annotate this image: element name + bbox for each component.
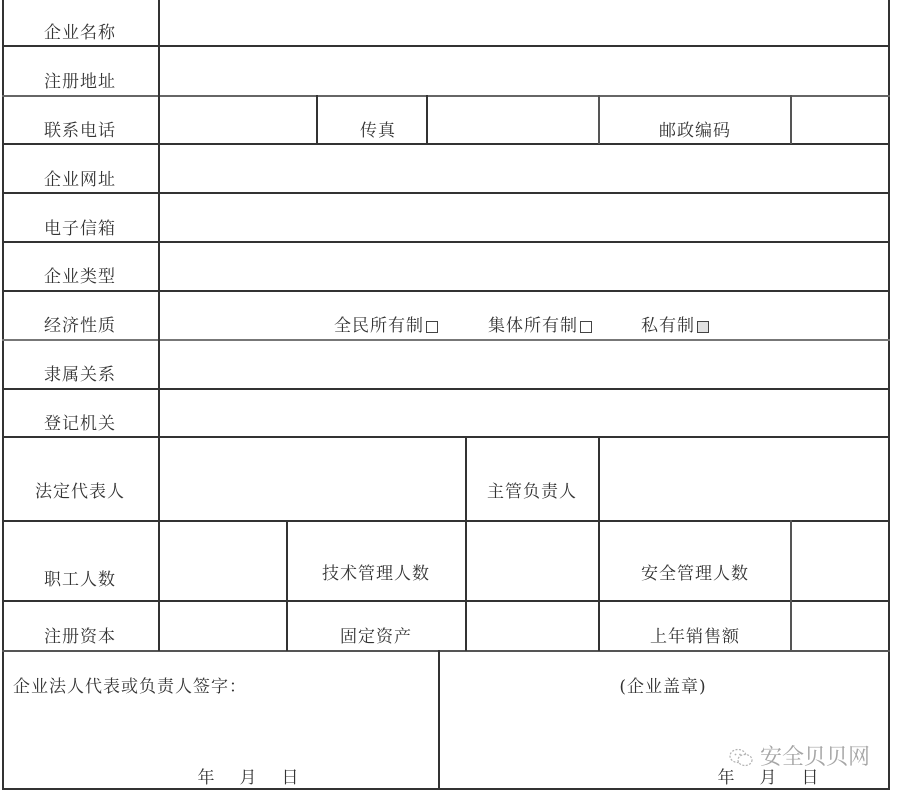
label-employee-count: 职工人数: [44, 565, 116, 590]
signature-label: 企业法人代表或负责人签字：: [13, 672, 247, 697]
label-safety-mgmt-count: 安全管理人数: [641, 559, 749, 584]
wechat-icon: [728, 747, 754, 769]
email-field[interactable]: [160, 194, 888, 241]
label-registration-authority: 登记机关: [44, 409, 116, 434]
last-year-sales-field[interactable]: [792, 602, 888, 650]
company-name-field[interactable]: [160, 0, 888, 45]
option-collective[interactable]: 集体所有制: [488, 311, 592, 336]
label-affiliation: 隶属关系: [44, 360, 116, 385]
col-divider: [598, 95, 600, 144]
label-fax: 传真: [360, 116, 396, 141]
option-label: 全民所有制: [334, 316, 424, 336]
watermark-text: 安全贝贝网: [760, 745, 870, 770]
legal-representative-field[interactable]: [160, 438, 465, 520]
fax-field[interactable]: [428, 97, 598, 143]
signature-date: 年 月 日: [198, 763, 303, 788]
affiliation-field[interactable]: [160, 341, 888, 388]
label-company-name: 企业名称: [44, 18, 116, 43]
employee-count-field[interactable]: [160, 522, 286, 600]
row-divider: [2, 600, 890, 602]
signature-field[interactable]: [4, 700, 436, 755]
label-contact-phone: 联系电话: [44, 116, 116, 141]
registration-authority-field[interactable]: [160, 390, 888, 436]
tech-mgmt-count-field[interactable]: [467, 522, 598, 600]
table-border-right: [888, 0, 890, 790]
option-label: 集体所有制: [488, 316, 578, 336]
label-fixed-assets: 固定资产: [340, 622, 412, 647]
label-economic-nature: 经济性质: [44, 311, 116, 336]
label-postal-code: 邮政编码: [659, 116, 731, 141]
label-legal-representative: 法定代表人: [35, 477, 125, 502]
table-border-bottom: [2, 788, 890, 790]
fixed-assets-field[interactable]: [467, 602, 598, 650]
row-divider: [2, 290, 890, 292]
website-field[interactable]: [160, 145, 888, 192]
row-divider: [2, 520, 890, 522]
label-company-type: 企业类型: [44, 262, 116, 287]
registered-address-field[interactable]: [160, 47, 888, 95]
row-divider: [2, 650, 890, 652]
col-divider: [286, 520, 288, 651]
option-label: 私有制: [641, 316, 695, 336]
checkbox-collective[interactable]: [580, 321, 592, 333]
label-registered-capital: 注册资本: [44, 622, 116, 647]
label-website: 企业网址: [44, 165, 116, 190]
table-border-left: [2, 0, 4, 790]
responsible-person-field[interactable]: [600, 438, 888, 520]
postal-code-field[interactable]: [792, 97, 888, 143]
registered-capital-field[interactable]: [160, 602, 286, 650]
seal-label: (企业盖章): [619, 672, 706, 697]
label-tech-mgmt-count: 技术管理人数: [322, 559, 430, 584]
contact-phone-field[interactable]: [160, 97, 316, 143]
option-private[interactable]: 私有制: [641, 311, 709, 336]
label-responsible-person: 主管负责人: [487, 477, 577, 502]
company-type-field[interactable]: [160, 243, 888, 290]
watermark: 安全贝贝网: [728, 740, 870, 771]
option-state-owned[interactable]: 全民所有制: [334, 311, 438, 336]
checkbox-state-owned[interactable]: [426, 321, 438, 333]
col-divider: [316, 95, 318, 144]
label-last-year-sales: 上年销售额: [650, 622, 740, 647]
label-email: 电子信箱: [44, 214, 116, 239]
label-registered-address: 注册地址: [44, 67, 116, 92]
checkbox-private[interactable]: [697, 321, 709, 333]
safety-mgmt-count-field[interactable]: [792, 522, 888, 600]
